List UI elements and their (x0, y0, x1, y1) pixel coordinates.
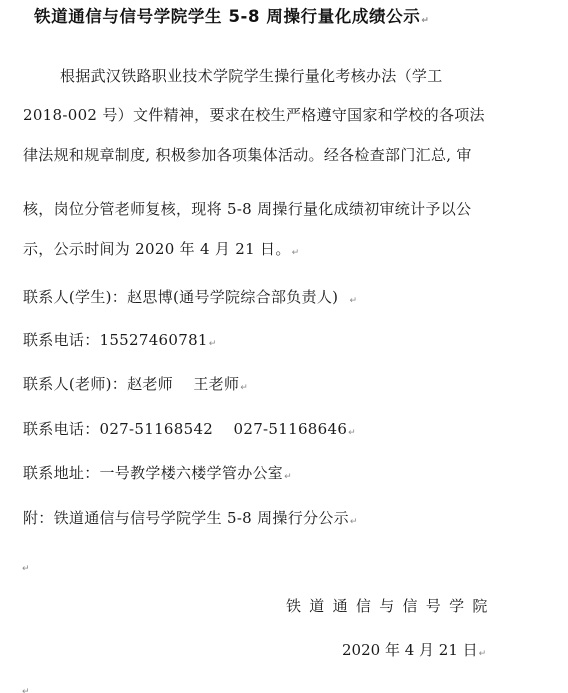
paragraph-mark-icon: ↵ (479, 649, 487, 659)
empty-paragraph: ↵ (21, 555, 30, 574)
title-text: 铁道通信与信号学院学生 5-8 周操行量化成绩公示 (34, 7, 420, 26)
attachment-text: 附：铁道通信与信号学院学生 5-8 周操行分公示 (23, 509, 349, 527)
student-phone-text: 联系电话：15527460781 (23, 331, 208, 349)
body-line-5: 示，公示时间为 2020 年 4 月 21 日。↵ (23, 239, 299, 263)
paragraph-mark-icon: ↵ (348, 428, 356, 438)
address-line: 联系地址：一号教学楼六楼学管办公室↵ (23, 463, 292, 487)
body-line-4: 核，岗位分管老师复核，现将 5-8 周操行量化成绩初审统计予以公 (23, 199, 471, 219)
empty-paragraph: ↵ (21, 678, 30, 693)
paragraph-mark-icon: ↵ (22, 687, 30, 693)
paragraph-mark-icon: ↵ (240, 383, 248, 393)
body-line-1: 根据武汉铁路职业技术学院学生操行量化考核办法（学工 (60, 66, 443, 86)
signature-organization: 铁道通信与信号学院 (286, 596, 496, 616)
body-line-3: 律法规和规章制度, 积极参加各项集体活动。经各检查部门汇总, 审 (23, 145, 472, 165)
teacher-contact-line: 联系人(老师)：赵老师 王老师↵ (23, 374, 248, 398)
paragraph-mark-icon: ↵ (209, 339, 217, 349)
teacher-contact-text: 联系人(老师)：赵老师 王老师 (23, 375, 239, 393)
teacher-phone-text: 联系电话：027-51168542 027-51168646 (23, 420, 347, 438)
paragraph-mark-icon: ↵ (22, 564, 30, 574)
student-phone-line: 联系电话：15527460781↵ (23, 330, 217, 354)
student-contact-line: 联系人(学生)：赵思博(通号学院综合部负责人) ↵ (23, 287, 357, 311)
address-text: 联系地址：一号教学楼六楼学管办公室 (23, 464, 283, 482)
body-line-5-text: 示，公示时间为 2020 年 4 月 21 日。 (23, 240, 291, 258)
attachment-line: 附：铁道通信与信号学院学生 5-8 周操行分公示↵ (23, 508, 358, 532)
signature-date: 2020 年 4 月 21 日 (342, 641, 478, 659)
body-line-2: 2018-002 号）文件精神，要求在校生严格遵守国家和学校的各项法 (23, 105, 485, 125)
paragraph-mark-icon: ↵ (292, 248, 300, 258)
document-title: 铁道通信与信号学院学生 5-8 周操行量化成绩公示↵ (34, 5, 429, 33)
student-contact-text: 联系人(学生)：赵思博(通号学院综合部负责人) (23, 288, 338, 306)
teacher-phone-line: 联系电话：027-51168542 027-51168646↵ (23, 419, 356, 443)
signature-date-line: 2020 年 4 月 21 日↵ (342, 640, 486, 664)
paragraph-mark-icon: ↵ (284, 472, 292, 482)
paragraph-mark-icon: ↵ (350, 517, 358, 527)
paragraph-mark-icon: ↵ (349, 296, 357, 306)
paragraph-mark-icon: ↵ (421, 16, 429, 26)
